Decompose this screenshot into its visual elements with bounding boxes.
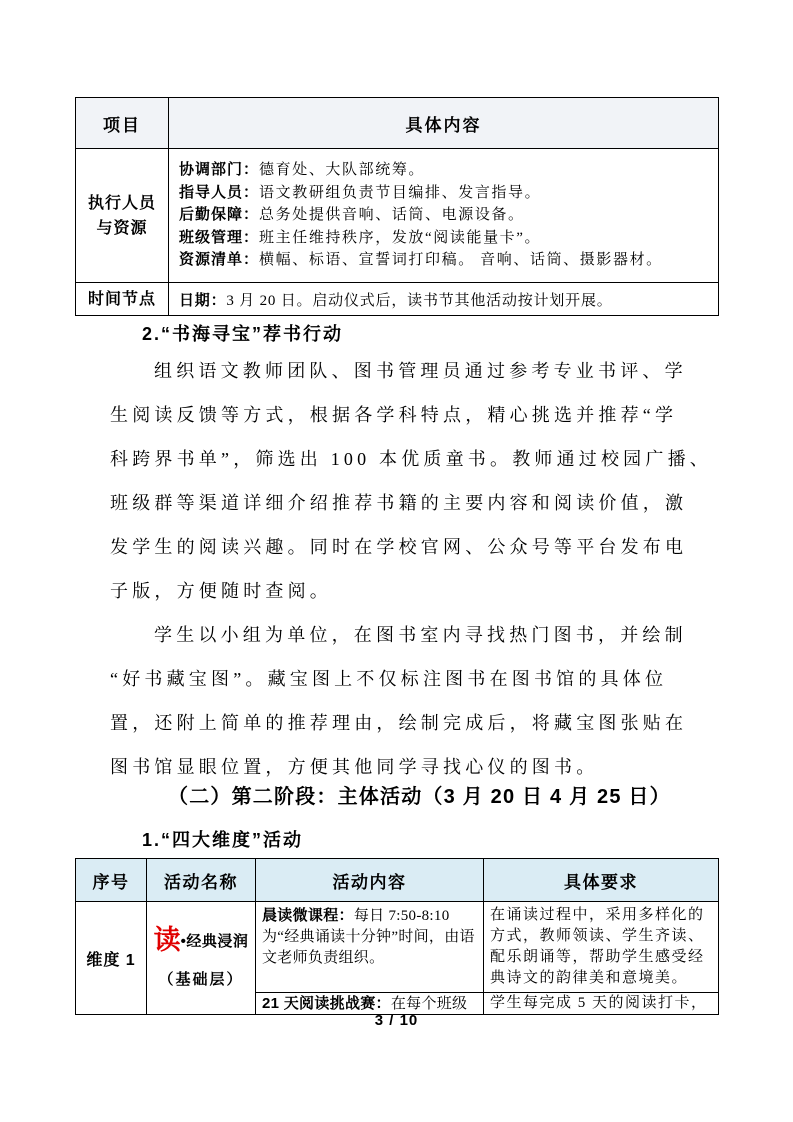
time-node-label: 时间节点 [76,283,169,316]
table2-header-requirement: 具体要求 [484,859,719,902]
label-line: 与资源 [77,216,167,241]
time-node-content: 日期：3 月 20 日。启动仪式后，读书节其他活动按计划开展。 [169,283,719,316]
table1-header-detail: 具体内容 [169,98,719,149]
exec-resources-content: 协调部门：德育处、大队部统筹。 指导人员：语文教研组负责节目编排、发言指导。 后… [169,149,719,283]
item-text: 在诵读过程中，采用多样化的方式，教师领读、学生齐读、配乐朗诵等，帮助学生感受经典… [490,907,705,986]
item-label: 班级管理： [179,229,259,246]
table2-header-name: 活动名称 [147,859,256,902]
item-text: 在每个班级 [391,996,468,1012]
text-line: 置，还附上简单的推荐理由，绘制完成后，将藏宝图张贴在 [110,701,710,745]
read-glyph-red: 读 [154,925,181,955]
table-row: 项目 具体内容 [76,98,719,149]
dimension1-serial: 维度 1 [76,902,147,1015]
item-label: 后勤保障： [179,206,259,223]
label-line: 执行人员 [77,191,167,216]
text-line: 组织语文教师团队、图书管理员通过参考专业书评、学 [110,349,710,393]
item-label: 日期： [179,292,226,309]
table-row: 执行人员 与资源 协调部门：德育处、大队部统筹。 指导人员：语文教研组负责节目编… [76,149,719,283]
activity-name-text: •经典浸润 [181,933,249,950]
launch-resources-table: 项目 具体内容 执行人员 与资源 协调部门：德育处、大队部统筹。 指导人员：语文… [75,97,719,316]
heading-stage2: （二）第二阶段：主体活动（3 月 20 日 4 月 25 日） [168,782,671,812]
morning-reading-requirement: 在诵读过程中，采用多样化的方式，教师领读、学生齐读、配乐朗诵等，帮助学生感受经典… [484,902,719,993]
text-line: “好书藏宝图”。藏宝图上不仅标注图书在图书馆的具体位 [110,657,710,701]
content-line: 班级管理：班主任维持秩序，发放“阅读能量卡”。 [179,227,710,249]
text-line: 子版，方便随时查阅。 [110,569,710,613]
item-text: 学生每完成 5 天的阅读打卡， [490,995,708,1011]
table-row: 时间节点 日期：3 月 20 日。启动仪式后，读书节其他活动按计划开展。 [76,283,719,316]
paragraph-recommendation: 组织语文教师团队、图书管理员通过参考专业书评、学 生阅读反馈等方式，根据各学科特… [110,349,710,613]
text-line: 科跨界书单”，筛选出 100 本优质童书。教师通过校园广播、 [110,437,710,481]
content-line: 协调部门：德育处、大队部统筹。 [179,159,710,181]
table-row: 序号 活动名称 活动内容 具体要求 [76,859,719,902]
item-label: 21 天阅读挑战赛： [262,995,391,1012]
content-line: 后勤保障：总务处提供音响、话筒、电源设备。 [179,204,710,226]
item-label: 指导人员： [179,184,259,201]
heading-four-dimensions: 1.“四大维度”活动 [142,826,303,854]
paragraph-treasure-map: 学生以小组为单位，在图书室内寻找热门图书，并绘制 “好书藏宝图”。藏宝图上不仅标… [110,613,710,789]
activity-name-sub: （基础层） [149,968,253,989]
text-line: 学生以小组为单位，在图书室内寻找热门图书，并绘制 [110,613,710,657]
exec-resources-label: 执行人员 与资源 [76,149,169,283]
table1-header-project: 项目 [76,98,169,149]
text-line: 发学生的阅读兴趣。同时在学校官网、公众号等平台发布电 [110,525,710,569]
item-label: 资源清单： [179,251,259,268]
page-number: 3 / 10 [0,1012,793,1029]
content-line: 指导人员：语文教研组负责节目编排、发言指导。 [179,182,710,204]
item-label: 协调部门： [179,161,259,178]
table2-header-content: 活动内容 [256,859,484,902]
table-row: 维度 1 读•经典浸润 （基础层） 晨读微课程：每日 7:50-8:10 为“经… [76,902,719,993]
item-text: 3 月 20 日。启动仪式后，读书节其他活动按计划开展。 [226,293,612,309]
item-text: 德育处、大队部统筹。 [259,162,425,178]
item-text: 班主任维持秩序，发放“阅读能量卡”。 [259,230,541,246]
activity-name-line: 读•经典浸润 [149,927,253,954]
table2-header-serial: 序号 [76,859,147,902]
item-label: 晨读微课程： [262,907,354,924]
text-line: 生阅读反馈等方式，根据各学科特点，精心挑选并推荐“学 [110,393,710,437]
heading-book-treasure-action: 2.“书海寻宝”荐书行动 [142,320,343,348]
item-text: 横幅、标语、宣誓词打印稿。 音响、话筒、摄影器材。 [259,252,663,268]
morning-reading-content: 晨读微课程：每日 7:50-8:10 为“经典诵读十分钟”时间，由语文老师负责组… [256,902,484,993]
item-text: 语文教研组负责节目编排、发言指导。 [259,185,541,201]
content-line: 资源清单：横幅、标语、宣誓词打印稿。 音响、话筒、摄影器材。 [179,249,710,271]
dimension1-name: 读•经典浸润 （基础层） [147,902,256,1015]
dimensions-activities-table: 序号 活动名称 活动内容 具体要求 维度 1 读•经典浸润 （基础层） 晨读微课… [75,858,719,1015]
text-line: 班级群等渠道详细介绍推荐书籍的主要内容和阅读价值，激 [110,481,710,525]
item-text: 总务处提供音响、话筒、电源设备。 [259,207,525,223]
